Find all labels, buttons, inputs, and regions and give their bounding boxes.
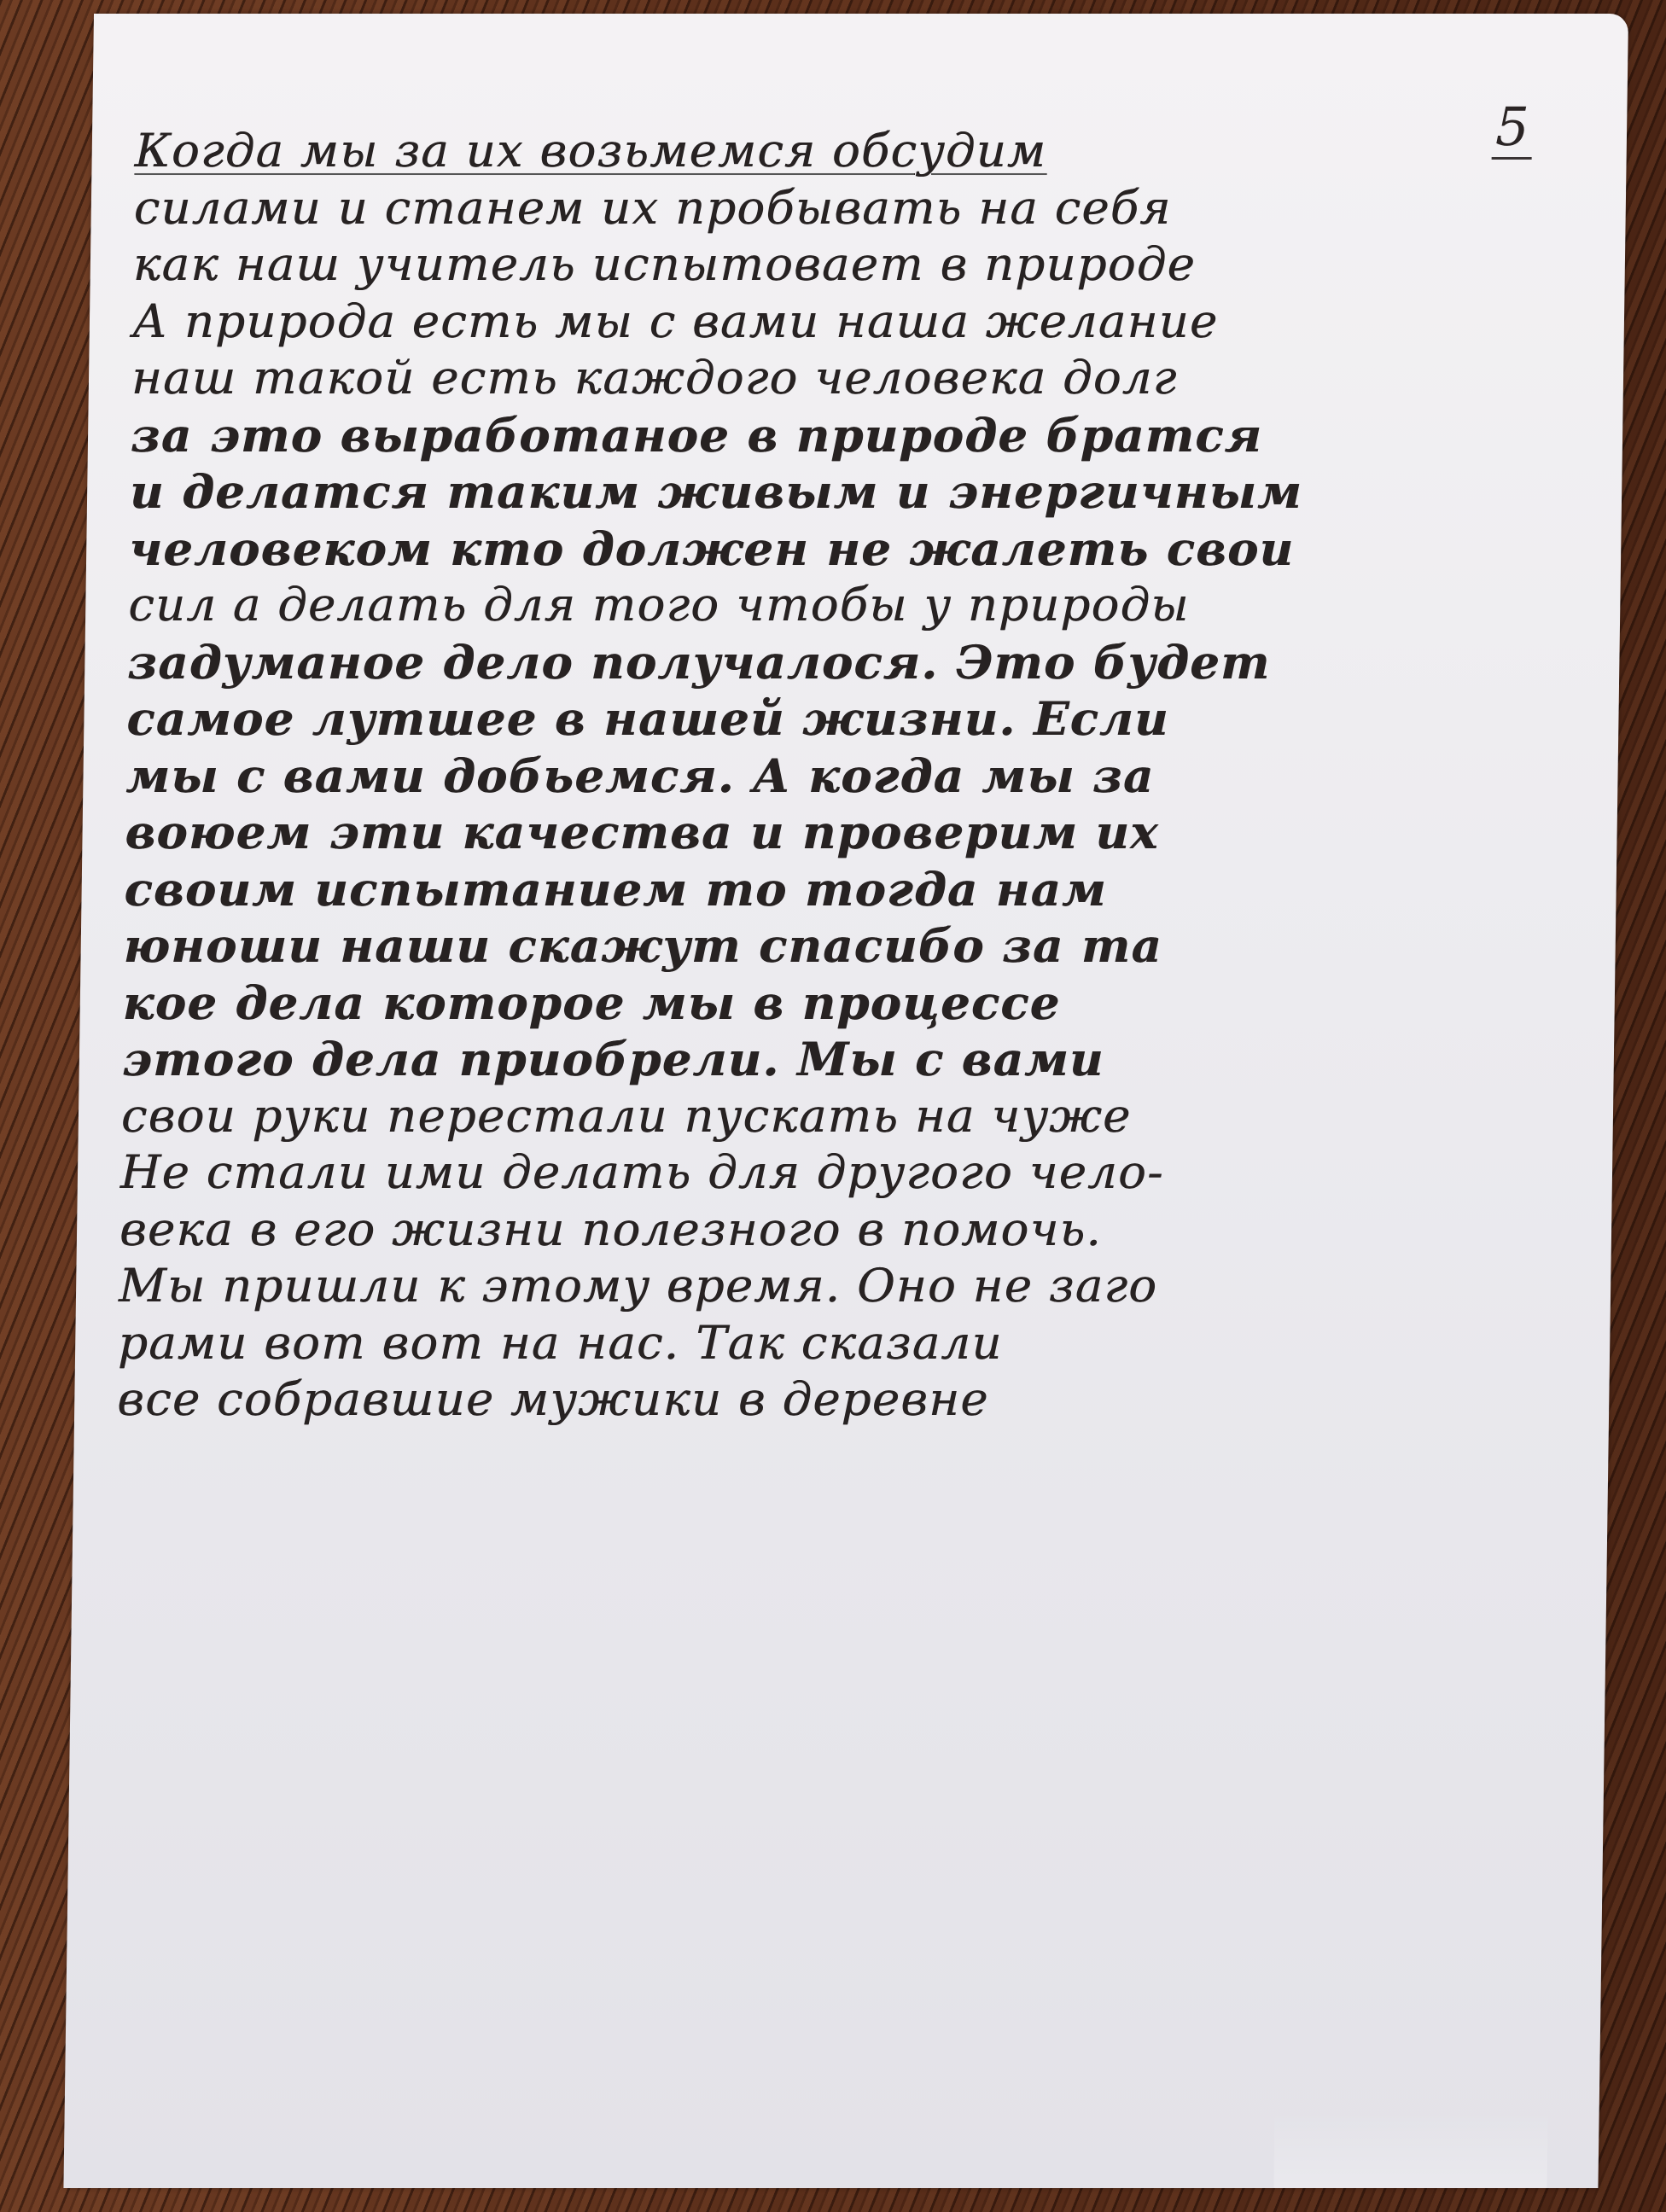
text-line: воюем эти качества и проверим их <box>125 804 1593 861</box>
text-line: своим испытанием то тогда нам <box>124 861 1593 918</box>
text-line: века в его жизни полезного в помочь. <box>119 1202 1588 1259</box>
text-line: сил а делать для того чтобы у природы <box>128 577 1597 634</box>
text-line: Не стали ими делать для другого чело- <box>120 1144 1589 1202</box>
text-line: этого дела приобрели. Мы с вами <box>121 1031 1590 1088</box>
text-line: все собравшие мужики в деревне <box>117 1371 1586 1429</box>
text-line: человеком кто должен не жалеть свои <box>129 521 1598 578</box>
text-line: задуманое дело получалося. Это будет <box>127 634 1596 691</box>
text-line: Когда мы за их возьмемся обсудим <box>134 123 1603 180</box>
text-line: самое лутшее в нашей жизни. Если <box>126 690 1595 748</box>
text-line: свои руки перестали пускать на чуже <box>120 1088 1589 1145</box>
text-line: А природа есть мы с вами наша желание <box>131 294 1600 351</box>
text-line: мы с вами добьемся. А когда мы за <box>125 748 1594 805</box>
text-line: юноши наши скажут спасибо за та <box>123 917 1592 975</box>
text-line: наш такой есть каждого человека долг <box>131 350 1600 407</box>
text-line: и делатся таким живым и энергичным <box>130 463 1599 521</box>
text-line: как наш учитель испытовает в природе <box>132 236 1601 294</box>
text-line: рами вот вот на нас. Так сказали <box>118 1315 1587 1372</box>
text-line: за это выработаное в природе братся <box>131 407 1599 464</box>
handwritten-text-body: Когда мы за их возьмемся обсудим силами … <box>117 123 1603 1429</box>
manuscript-page: 5 Когда мы за их возьмемся обсудим силам… <box>63 14 1628 2188</box>
text-line: Мы пришли к этому время. Оно не заго <box>119 1258 1587 1315</box>
text-line: силами и станем их пробывать на себя <box>133 180 1602 237</box>
text-line: кое дела которое мы в процессе <box>122 975 1591 1032</box>
